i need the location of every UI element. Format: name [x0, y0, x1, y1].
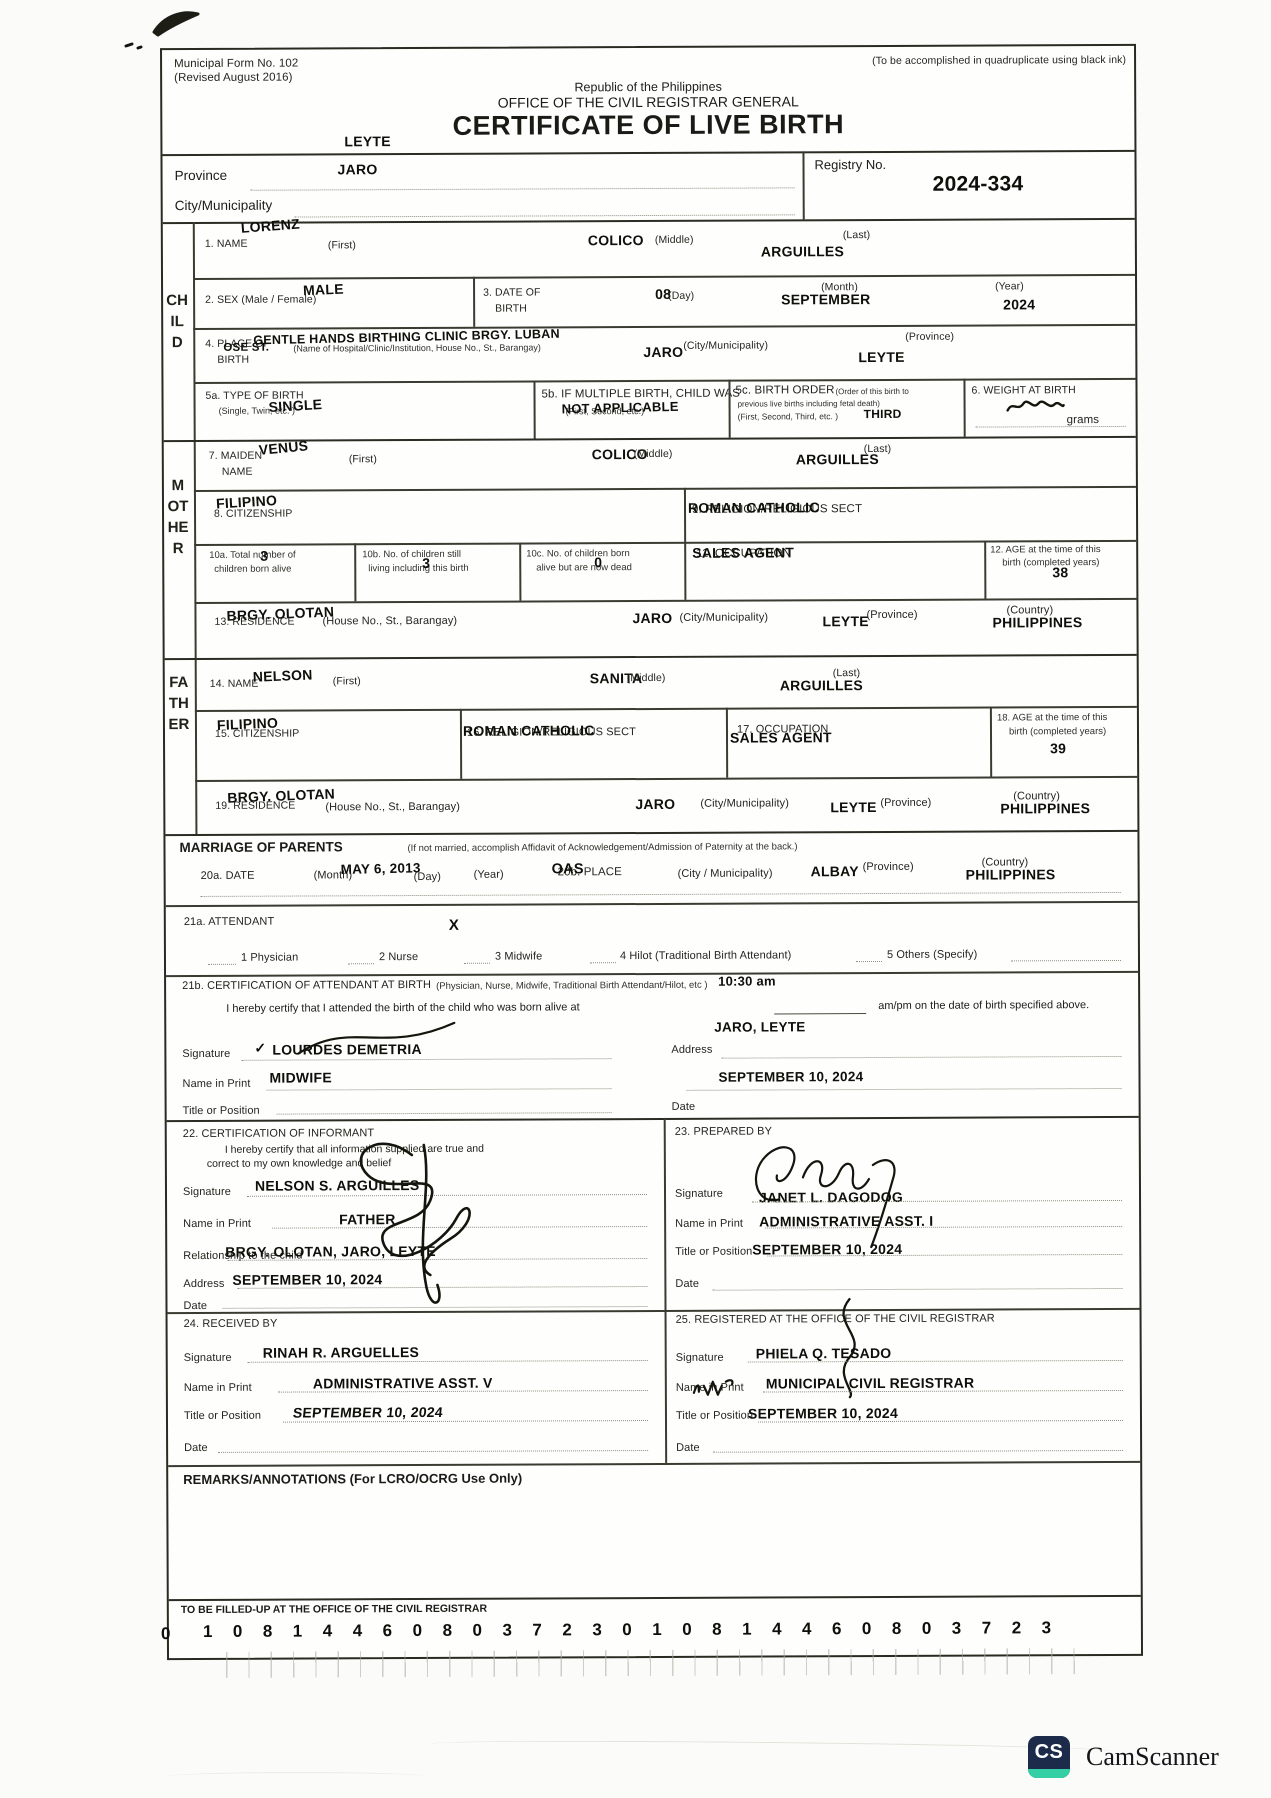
- address-label: Address: [183, 1278, 224, 1290]
- marriage-place-value: OAS: [552, 861, 584, 877]
- pob-label2: BIRTH: [217, 354, 249, 366]
- attendant-option-others: 5 Others (Specify): [887, 949, 978, 961]
- dob-year: 2024: [1003, 296, 1035, 312]
- form-line: [473, 277, 475, 327]
- blank-line: [348, 963, 374, 964]
- weight-unit-label: grams: [1067, 414, 1100, 426]
- ocr-lead-digit: 0: [161, 1624, 171, 1644]
- residence-sublabel: (House No., St., Barangay): [322, 615, 457, 628]
- name-in-print-label: Name in Print: [184, 1382, 252, 1394]
- child-middle-name: COLICO: [588, 232, 644, 248]
- form-title: CERTIFICATE OF LIVE BIRTH: [162, 108, 1134, 143]
- signature-label: Signature: [676, 1352, 724, 1364]
- day-label: (Day): [668, 290, 694, 302]
- ocr-digits: 10814460803723010814460803723: [203, 1618, 1072, 1642]
- city-label: City/Municipality: [175, 198, 273, 213]
- form-line: [963, 379, 965, 437]
- child-side-label: CHILD: [166, 290, 188, 353]
- ink-mark: [146, 6, 206, 40]
- father-last-name: ARGUILLES: [780, 677, 863, 693]
- registry-no-value: 2024-334: [933, 172, 1024, 196]
- father-age-label: 18. AGE at the time of this: [997, 712, 1107, 723]
- form-line: [168, 1461, 1140, 1467]
- signature-line: [748, 1360, 1123, 1363]
- res-country-label: (Country): [1013, 790, 1060, 802]
- form-number: Municipal Form No. 102: [174, 58, 298, 71]
- date-line: [713, 1450, 1123, 1453]
- form-line: [194, 598, 1136, 604]
- address-line: [721, 1056, 1121, 1059]
- form-line: [163, 218, 1135, 224]
- residence-sublabel: (House No., St., Barangay): [325, 801, 460, 814]
- father-res-city-value: JARO: [635, 796, 675, 812]
- name-line: [278, 1390, 648, 1393]
- signature-label: Signature: [184, 1352, 232, 1364]
- registry-no-label: Registry No.: [814, 157, 886, 172]
- father-citizenship-label: 15. CITIZENSHIP: [215, 728, 299, 740]
- multiple-birth-value: NOT APPLICABLE: [561, 399, 678, 417]
- form-line: [166, 901, 1138, 907]
- scan-wrinkle: [430, 1738, 1110, 1756]
- ocr-box-label: TO BE FILLED-UP AT THE OFFICE OF THE CIV…: [181, 1603, 487, 1616]
- registered-date-value: SEPTEMBER 10, 2024: [748, 1405, 898, 1422]
- pob-province-value: LEYTE: [858, 349, 904, 365]
- attendant-address-value: JARO, LEYTE: [714, 1019, 805, 1034]
- child-name-label: 1. NAME: [205, 238, 248, 250]
- mother-res-city-value: JARO: [632, 610, 672, 626]
- multiple-birth-label: 5b. IF MULTIPLE BIRTH, CHILD WAS: [541, 388, 740, 401]
- quadruplicate-note: (To be accomplished in quadruplicate usi…: [872, 54, 1126, 67]
- date-line: [712, 1288, 1122, 1291]
- name-in-print-label: Name in Print: [675, 1218, 743, 1230]
- mother-citizenship-label: 8. CITIZENSHIP: [214, 508, 292, 520]
- form-line: [990, 707, 992, 777]
- first-label: (First): [349, 453, 377, 465]
- mother-side-label: MOTHER: [167, 475, 189, 559]
- form-line: [195, 776, 1137, 782]
- dob-month: SEPTEMBER: [781, 291, 870, 307]
- form-line: [195, 706, 1137, 712]
- date-line: [218, 1450, 648, 1453]
- attendant-signature-scribble: [254, 1015, 464, 1060]
- province-value: LEYTE: [344, 133, 390, 149]
- name-line: [267, 1088, 612, 1091]
- blank-line: [208, 964, 236, 965]
- father-age-label2: birth (completed years): [1009, 726, 1106, 737]
- children-born-alive-value: 3: [260, 548, 268, 564]
- received-signature-name: RINAH R. ARGUELLES: [263, 1344, 420, 1361]
- title-or-position-label: Title or Position: [183, 1105, 260, 1117]
- country-label: (Country): [982, 856, 1029, 868]
- father-age-value: 39: [1050, 740, 1066, 756]
- form-line: [726, 708, 728, 778]
- attendant-option-hilot: 4 Hilot (Traditional Birth Attendant): [620, 949, 791, 962]
- mother-res-province-value: LEYTE: [822, 613, 868, 629]
- children-living-label: 10b. No. of children still: [362, 549, 461, 560]
- form-line: [169, 1595, 1141, 1601]
- remarks-label: REMARKS/ANNOTATIONS (For LCRO/OCRG Use O…: [183, 1471, 522, 1487]
- cert-attendant-sublabel: (Physician, Nurse, Midwife, Traditional …: [436, 980, 707, 992]
- birth-certificate-form: Municipal Form No. 102 (Revised August 2…: [160, 44, 1143, 1660]
- date-line: [687, 1088, 1122, 1091]
- province-label: (Province): [863, 861, 914, 873]
- weight-handwritten-scribble: [1004, 396, 1068, 416]
- day-label: (Day): [414, 871, 441, 883]
- form-line: [533, 380, 535, 438]
- birth-order-sub1: (Order of this birth to: [835, 387, 908, 396]
- title-or-position-label: Title or Position: [184, 1410, 261, 1422]
- form-line: [165, 654, 1137, 660]
- children-living-value: 3: [422, 555, 430, 571]
- province-label: Province: [175, 168, 228, 183]
- title-or-position-label: Title or Position: [675, 1246, 752, 1258]
- mother-first-name: VENUS: [258, 437, 309, 457]
- attendant-title-value: MIDWIFE: [269, 1069, 331, 1085]
- title-line: [277, 1112, 612, 1114]
- prepared-signature-name: JANET L. DAGODOG: [759, 1189, 903, 1206]
- form-line: [519, 543, 521, 601]
- children-born-alive-label: 10a. Total number of: [209, 550, 295, 561]
- last-label: (Last): [833, 667, 861, 679]
- city-label: (City / Municipality): [678, 867, 773, 879]
- first-label: (First): [328, 239, 356, 251]
- mother-name-label: 7. MAIDEN: [209, 450, 262, 462]
- date-label: Date: [184, 1442, 208, 1454]
- title-line: [767, 1254, 1122, 1257]
- registered-title-value: MUNICIPAL CIVIL REGISTRAR: [766, 1375, 975, 1392]
- mother-occupation-value: SALES AGENT: [692, 544, 794, 560]
- pob-sublabel: (Name of Hospital/Clinic/Institution, Ho…: [293, 342, 541, 353]
- marriage-title: MARRIAGE OF PARENTS: [179, 839, 342, 855]
- middle-label: (Middle): [655, 234, 694, 246]
- sex-value: MALE: [303, 281, 344, 299]
- attendant-mark: X: [449, 917, 459, 934]
- name-in-print-label: Name in Print: [182, 1078, 250, 1090]
- date-label: Date: [672, 1101, 696, 1113]
- marriage-note: (If not married, accomplish Affidavit of…: [407, 841, 797, 854]
- blank-line: [464, 963, 490, 964]
- marriage-province-value: ALBAY: [811, 863, 859, 879]
- name-line: [765, 1226, 1122, 1229]
- form-line: [728, 380, 730, 438]
- middle-label: (Middle): [634, 448, 673, 460]
- type-of-birth-value: SINGLE: [268, 396, 322, 415]
- signature-line: [241, 1058, 611, 1061]
- children-dead-label2: alive but are now dead: [536, 562, 632, 573]
- form-line: [167, 1116, 1139, 1122]
- children-living-label2: living including this birth: [368, 563, 468, 574]
- camscanner-green-strip: [1028, 1769, 1070, 1778]
- form-line: [164, 436, 1136, 442]
- signature-label: Signature: [183, 1186, 231, 1198]
- year-label: (Year): [995, 280, 1024, 292]
- form-line: [194, 486, 1136, 492]
- ocr-tick-boxes: [205, 1648, 1085, 1678]
- sex-label: 2. SEX (Male / Female): [205, 293, 316, 305]
- camscanner-cs-letters: CS: [1028, 1741, 1070, 1764]
- birth-order-label: 5c. BIRTH ORDER: [735, 384, 834, 396]
- form-line: [193, 222, 197, 834]
- received-label: 24. RECEIVED BY: [184, 1318, 278, 1330]
- camscanner-logo-icon: CS: [1028, 1736, 1070, 1778]
- form-line: [354, 543, 356, 601]
- birth-order-sub2: previous live births including fetal dea…: [738, 399, 880, 409]
- child-last-name: ARGUILLES: [761, 243, 844, 259]
- signature-label: Signature: [675, 1188, 723, 1200]
- form-line: [984, 541, 986, 599]
- cert-attendant-label: 21b. CERTIFICATION OF ATTENDANT AT BIRTH: [182, 979, 431, 992]
- title-line: [283, 1420, 648, 1423]
- informant-signature-scribble: [332, 1127, 493, 1338]
- received-date-value: SEPTEMBER 10, 2024: [292, 1404, 444, 1421]
- mother-res-country-value: PHILIPPINES: [992, 614, 1082, 630]
- title-line: [758, 1420, 1123, 1423]
- time-blank-line: [774, 1013, 866, 1014]
- form-line: [802, 151, 804, 219]
- res-city-label: (City/Municipality): [679, 611, 768, 623]
- first-label: (First): [333, 675, 361, 687]
- father-religion-value: ROMAN CATHOLIC: [463, 722, 595, 739]
- father-res-country-value: PHILIPPINES: [1000, 800, 1090, 816]
- pob-city-label: (City/Municipality): [683, 339, 768, 351]
- form-line: [193, 324, 1135, 330]
- pob-province-label: (Province): [905, 331, 954, 343]
- marriage-country-value: PHILIPPINES: [966, 866, 1056, 882]
- children-dead-label: 10c. No. of children born: [526, 548, 630, 559]
- mother-age-label: 12. AGE at the time of this: [990, 544, 1100, 555]
- res-country-label: (Country): [1006, 604, 1053, 616]
- mother-name-label2: NAME: [222, 466, 253, 478]
- name-in-print-label: Name in Print: [183, 1218, 251, 1230]
- children-born-alive-label2: children born alive: [214, 564, 291, 575]
- marriage-date-label: 20a. DATE: [201, 870, 255, 882]
- father-side-label: FATHER: [168, 672, 190, 735]
- form-line: [684, 542, 686, 600]
- blank-line: [201, 892, 1121, 897]
- ink-dots: [122, 36, 162, 52]
- last-label: (Last): [864, 443, 892, 455]
- weight-label: 6. WEIGHT AT BIRTH: [971, 384, 1075, 396]
- date-label: Date: [675, 1278, 699, 1290]
- marriage-date-value: MAY 6, 2013: [340, 860, 420, 877]
- registered-signature-name: PHIELA Q. TESADO: [756, 1345, 892, 1362]
- camscanner-wordmark: CamScanner: [1086, 1742, 1219, 1772]
- mother-age-label2: birth (completed years): [1002, 557, 1099, 568]
- mother-age-value: 38: [1052, 564, 1068, 580]
- attendant-option-nurse: 2 Nurse: [379, 951, 418, 963]
- form-line: [162, 150, 1134, 156]
- attendant-option-midwife: 3 Midwife: [495, 950, 542, 962]
- blank-line: [856, 961, 882, 962]
- children-dead-value: 0: [594, 554, 602, 570]
- middle-label: (Middle): [627, 672, 666, 684]
- signature-line: [752, 1200, 1122, 1203]
- form-line: [684, 488, 686, 542]
- blank-line: [251, 187, 795, 190]
- attendant-date-value: SEPTEMBER 10, 2024: [718, 1069, 863, 1085]
- date-label: Date: [676, 1442, 700, 1454]
- birth-order-value: THIRD: [864, 407, 902, 421]
- scan-wrinkle: [168, 1772, 428, 1781]
- father-res-province-value: LEYTE: [830, 799, 876, 815]
- blank-line: [976, 426, 1126, 428]
- father-name-label: 14. NAME: [210, 678, 259, 690]
- form-line: [664, 1118, 667, 1463]
- date-label: Date: [183, 1300, 207, 1312]
- pob-city-value: JARO: [643, 344, 683, 360]
- res-province-label: (Province): [880, 797, 931, 809]
- year-label: (Year): [474, 869, 504, 881]
- attendant-label: 21a. ATTENDANT: [184, 916, 275, 928]
- address-label: Address: [671, 1044, 712, 1056]
- mother-religion-value: ROMAN CATHOLIC: [688, 499, 820, 516]
- dob-label: 3. DATE OF: [483, 286, 540, 298]
- child-first-name: LORENZ: [240, 215, 300, 235]
- city-value: JARO: [338, 161, 378, 177]
- res-province-label: (Province): [866, 609, 917, 621]
- blank-line: [295, 214, 795, 217]
- mother-residence-label: 13. RESIDENCE: [214, 616, 294, 628]
- cert-attendant-statement2: am/pm on the date of birth specified abo…: [878, 999, 1089, 1012]
- blank-line: [1011, 960, 1121, 961]
- form-line: [193, 274, 1135, 280]
- received-title-value: ADMINISTRATIVE ASST. V: [313, 1375, 493, 1392]
- signature-label: Signature: [182, 1048, 230, 1060]
- form-line: [193, 378, 1135, 384]
- dob-label2: BIRTH: [495, 303, 527, 315]
- last-label: (Last): [843, 229, 871, 241]
- blank-line: [590, 962, 616, 963]
- form-line: [460, 709, 462, 779]
- registrar-initials-scribble: [688, 1374, 736, 1400]
- cert-attendant-statement: I hereby certify that I attended the bir…: [226, 1001, 579, 1015]
- res-city-label: (City/Municipality): [700, 797, 789, 809]
- birth-order-sub3: (First, Second, Third, etc. ): [738, 411, 839, 421]
- father-first-name: NELSON: [252, 666, 312, 684]
- birth-time-value: 10:30 am: [718, 973, 776, 988]
- pob-street: OSE ST.: [223, 342, 269, 354]
- father-residence-label: 19. RESIDENCE: [215, 800, 295, 812]
- form-line: [165, 830, 1137, 836]
- title-or-position-label: Title or Position: [676, 1410, 753, 1422]
- form-line: [166, 971, 1138, 977]
- name-line: [763, 1390, 1123, 1393]
- attendant-option-physician: 1 Physician: [241, 952, 298, 964]
- father-occupation-value: SALES AGENT: [730, 729, 832, 745]
